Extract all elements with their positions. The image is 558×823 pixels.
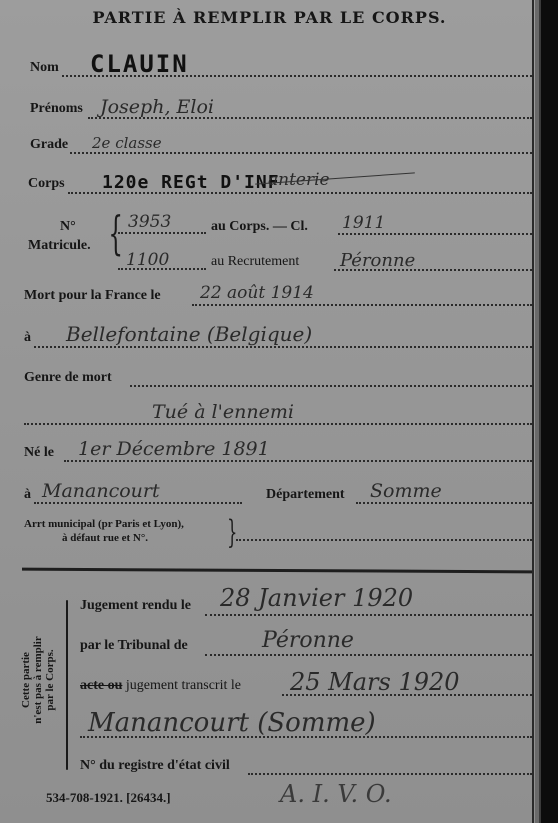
prenoms-label: Prénoms [30,101,83,117]
transcrit-struck-text: acte ou [80,678,122,693]
matricule-corps-label: au Corps. — Cl. [211,219,308,235]
genre-mort-dotted-line [130,385,532,387]
departement-value: Somme [370,480,442,502]
side-note: Cette partie n'est pas à remplir par le … [14,605,62,755]
registre-label: N° du registre d'état civil [80,758,230,774]
transcription-lieu-value: Manancourt (Somme) [88,708,376,738]
lieu-naissance-value: Manancourt [42,480,160,502]
grade-dotted-line [70,152,532,154]
mort-label: Mort pour la France le [24,288,161,304]
ne-le-value: 1er Décembre 1891 [78,438,270,460]
grade-label: Grade [30,137,68,153]
card-edge-rule [532,0,534,823]
arrondissement-label-line1: Arrt municipal (pr Paris et Lyon), [24,518,184,530]
transcrit-value: 25 Mars 1920 [290,668,460,696]
matricule-corps-dotted [118,232,206,234]
jugement-rendu-label: Jugement rendu le [80,598,191,614]
jugement-rendu-dotted-line [205,614,532,616]
prenoms-value: Joseph, Eloi [100,96,214,118]
mort-date: 22 août 1914 [200,283,314,303]
matricule-label-line2: Matricule. [28,238,91,254]
classe-value: 1911 [342,213,385,233]
jugement-bracket [66,600,68,770]
tribunal-value: Péronne [262,628,354,653]
registre-dotted-line [248,773,532,775]
lieu-naissance-label: à [24,487,31,503]
tribunal-label: par le Tribunal de [80,638,188,654]
nom-value: CLAUIN [90,50,189,78]
mort-dotted-line [192,304,532,306]
matricule-label-line1: N° [60,219,76,235]
genre-mort-value: Tué à l'ennemi [152,401,294,423]
section-separator [22,568,532,574]
jugement-rendu-value: 28 Janvier 1920 [220,584,413,612]
tribunal-dotted-line [205,654,532,656]
initials: A. I. V. O. [280,780,392,808]
form-title: PARTIE À REMPLIR PAR LE CORPS. [0,8,539,27]
matricule-recrutement-label: au Recrutement [211,254,299,270]
transcrit-label: jugement transcrit le [126,678,241,693]
grade-value: 2e classe [92,134,162,152]
departement-label: Département [266,487,345,503]
lieu-mort-label: à [24,330,31,346]
corps-label: Corps [28,176,65,192]
lieu-mort-value: Bellefontaine (Belgique) [66,322,312,346]
side-note-line1: Cette partie [20,652,32,708]
arrondissement-brace: } [227,516,237,548]
genre-mort-dotted-line-2 [24,423,532,425]
side-note-line2: n'est pas à remplir [32,636,44,724]
arrondissement-label-line2: à défaut rue et N°. [62,532,148,544]
transcrit-label-row: acte ou jugement transcrit le [80,678,241,694]
lieu-naissance-dotted-line [34,502,242,504]
classe-dotted [338,233,532,235]
ne-le-dotted-line [64,460,532,462]
print-reference: 534-708-1921. [26434.] [46,790,171,806]
recrutement-place: Péronne [340,250,415,271]
death-record-card: PARTIE À REMPLIR PAR LE CORPS. Nom CLAUI… [0,0,541,823]
side-note-line3: par le Corps. [44,649,56,710]
nom-label: Nom [30,60,59,76]
genre-mort-label: Genre de mort [24,370,112,386]
corps-stamp: 120e REGt D'INF [102,172,280,193]
arrondissement-dotted-line [236,539,532,541]
departement-dotted-line [356,502,532,504]
matricule-corps-number: 3953 [128,212,171,232]
matricule-recrutement-number: 1100 [126,250,169,270]
lieu-mort-dotted-line [34,346,532,348]
ne-le-label: Né le [24,445,54,461]
